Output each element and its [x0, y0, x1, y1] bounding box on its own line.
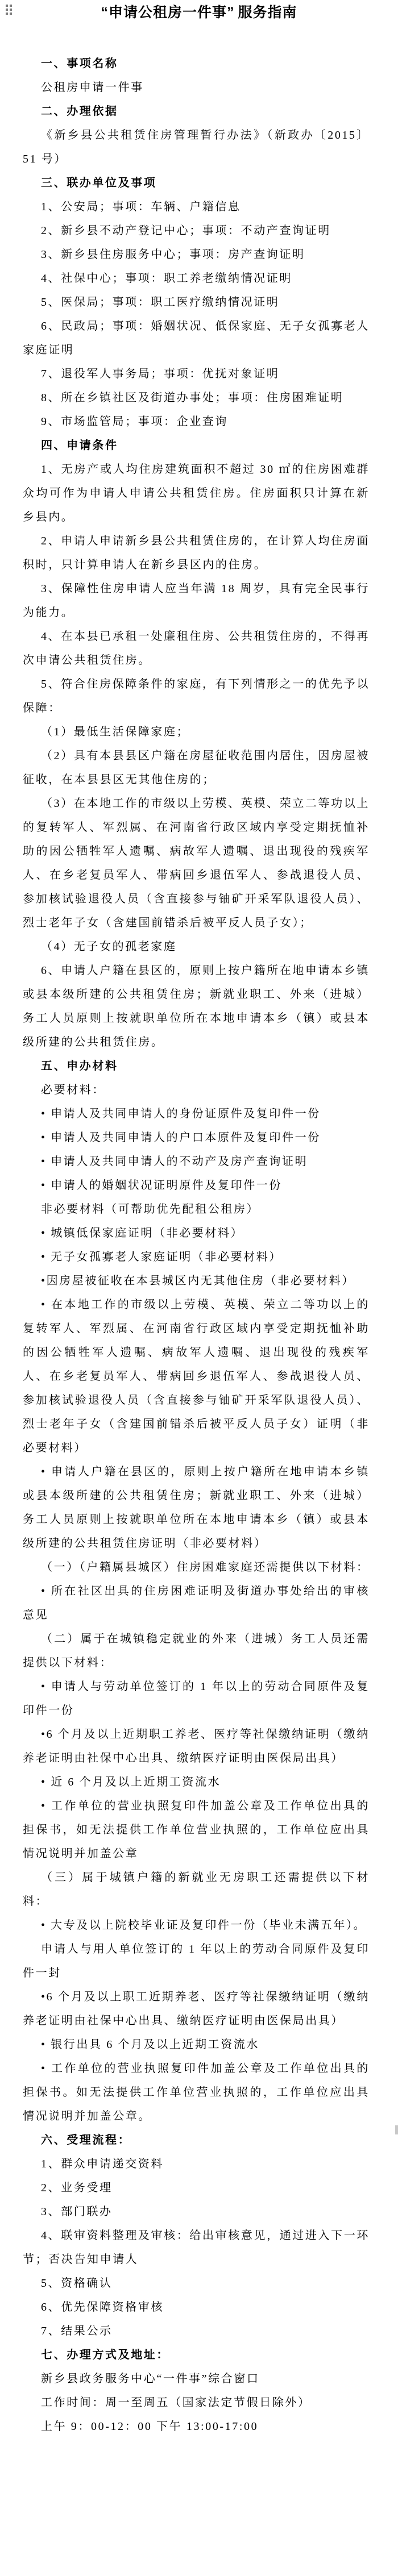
section-heading: 六、受理流程：: [23, 2128, 370, 2152]
paragraph: 7、结果公示: [23, 2319, 370, 2343]
paragraph: •因房屋被征收在本县城区内无其他住房（非必要材料）: [23, 1269, 370, 1293]
drag-handle-dot: [6, 9, 8, 11]
paragraph: •6 个月及以上职工近期养老、医疗等社保缴纳证明（缴纳养老证明由社保中心出具、缴…: [23, 1985, 370, 2033]
paragraph: • 银行出具 6 个月及以上近期工资流水: [23, 2033, 370, 2057]
paragraph: • 工作单位的营业执照复印件加盖公章及工作单位出具的担保书。如无法提供工作单位营…: [23, 2057, 370, 2128]
paragraph: 1、公安局；事项：车辆、户籍信息: [23, 195, 370, 219]
paragraph: 6、民政局；事项：婚姻状况、低保家庭、无子女孤寡老人家庭证明: [23, 314, 370, 362]
paragraph: 工作时间：周一至周五（国家法定节假日除外）: [23, 2391, 370, 2415]
paragraph: 5、医保局；事项：职工医疗缴纳情况证明: [23, 290, 370, 314]
drag-handle-dot: [6, 13, 8, 15]
page-title-quoted-part: “申请公租房一件事”: [101, 5, 234, 20]
paragraph: 非必要材料（可帮助优先配租公租房）: [23, 1197, 370, 1221]
paragraph: （2）具有本县县区户籍在房屋征收范围内居住，因房屋被征收，在本县县区无其他住房的…: [23, 744, 370, 792]
paragraph: • 所在社区出具的住房困难证明及街道办事处给出的审核意见: [23, 1579, 370, 1627]
section-heading: 七、办理方式及地址：: [23, 2343, 370, 2367]
paragraph: • 申请人户籍在县区的，原则上按户籍所在地申请本乡镇或县本级所建的公共租赁住房；…: [23, 1460, 370, 1555]
paragraph: 6、申请人户籍在县区的，原则上按户籍所在地申请本乡镇或县本级所建的公共租赁住房；…: [23, 959, 370, 1054]
paragraph: （一）（户籍属县城区）住房困难家庭还需提供以下材料：: [23, 1555, 370, 1579]
paragraph: • 城镇低保家庭证明（非必要材料）: [23, 1221, 370, 1245]
drag-handle-icon: [6, 5, 12, 15]
paragraph: • 申请人及共同申请人的不动产及房产查询证明: [23, 1150, 370, 1173]
paragraph: 《新乡县公共租赁住房管理暂行办法》（新政办〔2015〕51 号）: [23, 123, 370, 171]
paragraph: 1、无房产或人均住房建筑面积不超过 30 ㎡的住房困难群众均可作为申请人申请公共…: [23, 457, 370, 529]
paragraph: 6、优先保障资格审核: [23, 2295, 370, 2319]
paragraph: 4、在本县已承租一处廉租住房、公共租赁住房的，不得再次申请公共租赁住房。: [23, 625, 370, 672]
page-title-rest-part: 服务指南: [238, 5, 297, 20]
section-heading: 三、联办单位及事项: [23, 171, 370, 195]
page-title: “申请公租房一件事”服务指南: [0, 3, 398, 22]
paragraph: •6 个月及以上近期职工养老、医疗等社保缴纳证明（缴纳养老证明由社保中心出具、缴…: [23, 1722, 370, 1770]
paragraph: • 申请人与劳动单位签订的 1 年以上的劳动合同原件及复印件一份: [23, 1675, 370, 1722]
paragraph: （1）最低生活保障家庭；: [23, 720, 370, 744]
paragraph: • 无子女孤寡老人家庭证明（非必要材料）: [23, 1245, 370, 1269]
drag-handle-dot: [10, 5, 12, 7]
paragraph: • 申请人及共同申请人的户口本原件及复印件一份: [23, 1126, 370, 1150]
paragraph: 9、市场监管局；事项：企业查询: [23, 410, 370, 434]
paragraph: • 大专及以上院校毕业证及复印件一份（毕业未满五年）。: [23, 1913, 370, 1937]
paragraph: 5、符合住房保障条件的家庭，有下列情形之一的优先予以保障：: [23, 672, 370, 720]
paragraph: （4）无子女的孤老家庭: [23, 935, 370, 959]
paragraph: • 申请人及共同申请人的身份证原件及复印件一份: [23, 1102, 370, 1126]
paragraph: 5、资格确认: [23, 2271, 370, 2295]
paragraph: 新乡县政务服务中心“一件事”综合窗口: [23, 2367, 370, 2391]
paragraph: 1、群众申请递交资料: [23, 2152, 370, 2176]
drag-handle-dot: [10, 13, 12, 15]
section-heading: 二、办理依据: [23, 99, 370, 123]
paragraph: 上午 9：00-12：00 下午 13:00-17:00: [23, 2415, 370, 2438]
paragraph: 必要材料：: [23, 1078, 370, 1102]
paragraph: （三）属于城镇户籍的新就业无房职工还需提供以下材料：: [23, 1866, 370, 1913]
document-body: 一、事项名称公租房申请一件事二、办理依据《新乡县公共租赁住房管理暂行办法》（新政…: [0, 22, 398, 2438]
paragraph: • 申请人的婚姻状况证明原件及复印件一份: [23, 1173, 370, 1197]
paragraph: • 近 6 个月及以上近期工资流水: [23, 1770, 370, 1794]
paragraph: 4、联审资料整理及审核：给出审核意见，通过进入下一环节；否决告知申请人: [23, 2224, 370, 2271]
paragraph: 8、所在乡镇社区及街道办事处；事项：住房困难证明: [23, 386, 370, 410]
paragraph: 2、业务受理: [23, 2176, 370, 2200]
drag-handle-dot: [6, 5, 8, 7]
section-heading: 一、事项名称: [23, 52, 370, 76]
paragraph: 3、部门联办: [23, 2200, 370, 2224]
drag-handle-dot: [10, 9, 12, 11]
paragraph: • 工作单位的营业执照复印件加盖公章及工作单位出具的担保书，如无法提供工作单位营…: [23, 1794, 370, 1866]
paragraph: 3、保障性住房申请人应当年满 18 周岁，具有完全民事行为能力。: [23, 577, 370, 625]
paragraph: （二）属于在城镇稳定就业的外来（进城）务工人员还需提供以下材料：: [23, 1627, 370, 1675]
section-heading: 四、申请条件: [23, 434, 370, 457]
paragraph: 公租房申请一件事: [23, 76, 370, 99]
paragraph: • 在本地工作的市级以上劳模、英模、荣立二等功以上的复转军人、军烈属、在河南省行…: [23, 1293, 370, 1460]
paragraph: 2、新乡县不动产登记中心；事项：不动产查询证明: [23, 219, 370, 243]
paragraph: 2、申请人申请新乡县公共租赁住房的，在计算人均住房面积时，只计算申请人在新乡县区…: [23, 529, 370, 577]
paragraph: 4、社保中心；事项：职工养老缴纳情况证明: [23, 267, 370, 290]
paragraph: （3）在本地工作的市级以上劳模、英模、荣立二等功以上的复转军人、军烈属、在河南省…: [23, 792, 370, 935]
scrollbar-thumb-fragment[interactable]: [395, 2125, 398, 2134]
section-heading: 五、申办材料: [23, 1054, 370, 1078]
paragraph: 3、新乡县住房服务中心；事项：房产查询证明: [23, 243, 370, 267]
paragraph: 申请人与用人单位签订的 1 年以上的劳动合同原件及复印件一封: [23, 1937, 370, 1985]
document-page: “申请公租房一件事”服务指南 一、事项名称公租房申请一件事二、办理依据《新乡县公…: [0, 0, 398, 2576]
paragraph: 7、退役军人事务局；事项：优抚对象证明: [23, 362, 370, 386]
